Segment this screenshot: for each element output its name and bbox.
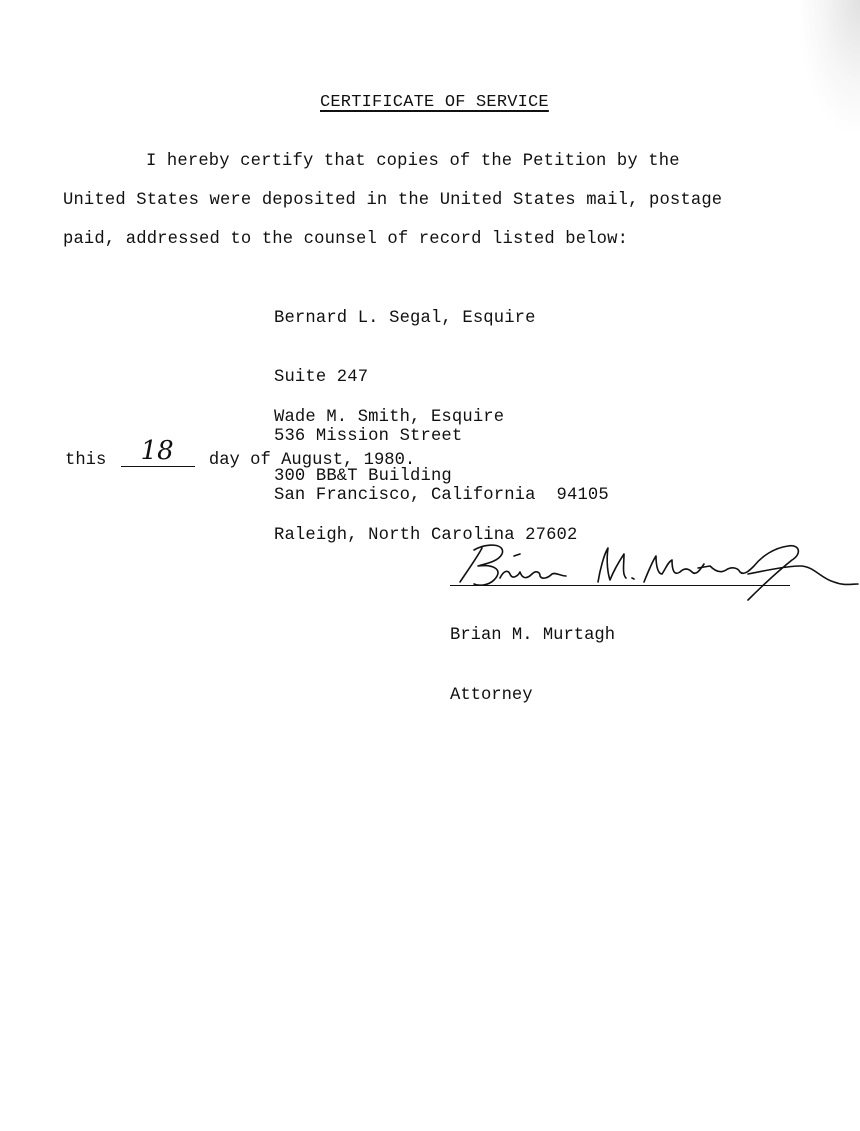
- body-line-1: I hereby certify that copies of the Peti…: [146, 152, 680, 171]
- signer-role: Attorney: [450, 686, 615, 706]
- document-title: CERTIFICATE OF SERVICE: [320, 93, 549, 112]
- signer-printed-name: Brian M. Murtagh: [450, 626, 615, 646]
- date-line: this 18 day of August, 1980.: [65, 448, 415, 470]
- recipient-name: Bernard L. Segal, Esquire: [274, 309, 609, 329]
- handwritten-day: 18: [141, 436, 174, 466]
- scan-artifact: [800, 0, 860, 130]
- signer-block: Brian M. Murtagh Attorney: [450, 586, 615, 726]
- date-suffix: day of August, 1980.: [209, 451, 415, 470]
- day-blank: 18: [121, 448, 195, 467]
- body-line-2: United States were deposited in the Unit…: [63, 191, 722, 210]
- recipient-name: Wade M. Smith, Esquire: [274, 408, 577, 428]
- date-prefix: this: [65, 451, 106, 470]
- body-line-3: paid, addressed to the counsel of record…: [63, 230, 628, 249]
